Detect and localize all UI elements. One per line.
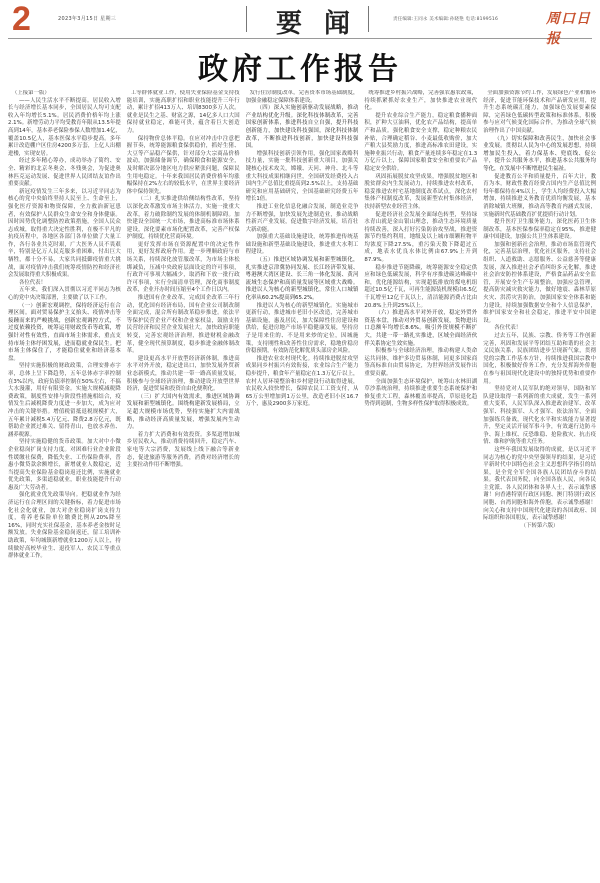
newspaper-logo: 周口日报 [546,8,592,48]
section-paragraph: （五）推进区域协调发展和新型城镇化，扎实推进京津冀协同发展、长江经济带发展、粤港… [246,257,359,303]
column-4: 统筹推进乡村振兴战略，完善强农惠农政策，持续抓紧抓好农业生产，加快推进农业现代化… [364,90,477,873]
editor-credits: 责任编辑:王同永 美术编辑:孙晓艳 电话:8199516 [393,16,498,22]
column-3: 发行住房制度改革，完善资本市场基础制度，加强金融稳定保障体系建设。（四）深入实施… [246,90,359,873]
paragraph: 促进教育公平和质量提升，百年大计，教育为本，财政性教育经费占国内生产总值比例每年… [483,174,596,220]
section-paragraph: （六）推进高水平对外开放，稳定外贸外资基本盘，推动对外贸易创新发展，货物进出口总… [364,310,477,348]
paragraph: ——人民生活水平不断提高。居民收入增长与经济增长基本同步，全国居民人均可支配收入… [8,98,121,159]
paragraph: 坚持党对人民军队的绝对领导，国防和军队建设取得一系列新的重大成就，发生一系列重大… [483,386,596,447]
paragraph: 过去五年，民族、宗教、侨务等工作创新完善，巩固和发展平等团结互助和谐的社会主义民… [483,333,596,386]
divider [246,6,247,32]
paragraph: 增强科技创新引领作用，强化国家战略科技力量，实施一批科技创新重大项目，加强关键核… [246,151,359,204]
divider [368,6,369,32]
paragraph: （二）扎实推进供给侧结构性改革，坚持以深化改革激发市场主体活力，实施一批重大改革… [127,196,240,242]
masthead: 2 2023年3月15日 星期三 要闻 责任编辑:王同永 美术编辑:孙晓艳 电话… [8,0,592,39]
page-number: 2 [12,2,31,36]
paragraph: 促进经济社会发展全面绿色转型，坚持绿水青山就是金山银山理念，推动生态环境质量持续… [364,212,477,265]
paragraph: 新冠疫情发生三年多来，以习近平同志为核心的党中央始终坚持人民至上、生命至上，强化… [8,189,121,280]
paragraph: 着力扩大消费和有效投资。多渠道增加城乡居民收入，推动消费持续回升，稳定汽车、家电… [127,432,240,470]
paragraph: 各位代表！ [483,325,596,333]
paragraph: 五年来，我们深入贯彻以习近平同志为核心的党中央决策部署，主要做了以下工作。 [8,287,121,302]
article-headline: 政府工作报告 [0,44,600,88]
paragraph: 全面加强资源节约工作，发展绿色产业和循环经济，促进节能环保技术和产品研发应用，提… [483,90,596,136]
column-1: （上接第一版）——人民生活水平不断提高。居民收入增长与经济增长基本同步，全国居民… [8,90,121,873]
paragraph: 推进以人为核心的新型城镇化。实施城市更新行动，推进城市老旧小区改造，完善城市基础… [246,303,359,356]
paragraph: 稳步推进节能降碳，统筹能源安全稳定供应和绿色低碳发展，科学有序推进碳达峰碳中和，… [364,265,477,311]
section-paragraph: （一）创新宏观调控，保持经济运行在合理区间。面对贸易保护主义抬头、疫情冲击等接踵… [8,303,121,364]
paragraph: 加强重大基础设施建设，统筹推进传统基础设施和新型基础设施建设，推进重大水利工程建… [246,234,359,257]
paragraph: 工等群体就业工作，使用失业保险基金支持技能培训，实施高职扩招和职业技能提升三年行… [127,90,240,136]
paragraph: 保持物价总体平稳。在应对冲击中注意把握节奏，统筹能源粮食保供稳价，抓好生猪、大豆… [127,136,240,197]
paragraph: （上接第一版） [8,90,121,98]
paragraph: 提升农业综合生产能力，稳定粮食播种面积，扩种大豆油料，优化农产品结构，提高单产和… [364,113,477,174]
paragraph: 坚持实施稳健的货币政策。加大对中小微企业稳岗扩岗支持力度。对困难行业企业阶段性缓… [8,439,121,492]
paragraph: 强化就业优先政策导向。把稳就业作为经济运行在合理区间的关键指标，着力促进市场化社… [8,492,121,560]
issue-date: 2023年3月15日 星期三 [58,15,116,22]
continuation-note: （下转第六版） [483,523,596,531]
paragraph: 坚持实施积极的财政政策，合理安排赤字率，总体上呈下降趋势，五年总体赤字率控制在3… [8,363,121,439]
paragraph: 建设更高水平开放型经济新体制，推进高水平对外开放，稳定进出口，加快发展外贸新业态… [127,356,240,394]
paragraph: 加强和创新社会治理，推动市场监管现代化，完善基层治理，优化社区服务，支持社会组织… [483,242,596,326]
paragraph: 全面加强生态环境保护，统筹山水林田湖草沙系统治理，持续推进重要生态系统保护和修复… [364,379,477,409]
paragraph: 更好发挥市场在资源配置中的决定性作用，更好发挥政府作用。进一步理顺政府与市场关系… [127,242,240,295]
paragraph: 发行住房制度改革，完善资本市场基础制度，加强金融稳定保障体系建设。 [246,90,359,105]
article-body: （上接第一版）——人民生活水平不断提高。居民收入增长与经济增长基本同步，全国居民… [8,90,596,873]
section-title: 要闻 [276,3,372,40]
paragraph: 统筹推进乡村振兴战略，完善强农惠农政策，持续抓紧抓好农业生产，加快推进农业现代化… [364,90,477,113]
paragraph: 推进国有企业改革，完成国企改革三年行动，优化国有经济布局，国有企业公司制改制全面… [127,295,240,356]
paragraph: 经过多年精心筹办，成功举办了简约、安全、精彩的北京冬奥会、冬残奥会，为促进奥林匹… [8,158,121,188]
paragraph: 这些年我国发展取得的成就，是以习近平同志为核心的党中央坚强领导的结果，是习近平新… [483,447,596,523]
section-paragraph: （三）扩大国内有效需求，推进区域协调发展和新型城镇化。围绕构建新发展格局，立足超… [127,394,240,432]
section-paragraph: （四）深入实施创新驱动发展战略，推动产业结构优化升级。深化科技体制改革，完善国家… [246,105,359,151]
paragraph: 积极参与全球经济治理，推动构建人类命运共同体，维护多边贸易体制，同更多国家商签高… [364,348,477,378]
paragraph: 巩固拓展脱贫攻坚成果，增强脱贫地区和脱贫群众内生发展动力，持续推进农村改革，稳妥… [364,174,477,212]
paragraph: 提升医疗卫生服务能力，深化医药卫生体制改革，基本医保参保率稳定在95%，推进健康… [483,219,596,242]
section-paragraph: （九）切实保障和改善民生，加快社会事业发展。贯彻以人民为中心的发展思想，持续增加… [483,136,596,174]
column-2: 工等群体就业工作，使用失业保险基金支持技能培训，实施高职扩招和职业技能提升三年行… [127,90,240,873]
paragraph: 推进工业化信息化融合发展，制造业竞争力不断增强，加快发展先进制造业，推动战略性新… [246,204,359,234]
paragraph: 推进农业农村现代化。持续推进脱贫攻坚成果同乡村振兴有效衔接，农业综合生产能力稳步… [246,356,359,409]
column-5: 全面加强资源节约工作，发展绿色产业和循环经济，促进节能环保技术和产品研发应用，提… [483,90,596,873]
